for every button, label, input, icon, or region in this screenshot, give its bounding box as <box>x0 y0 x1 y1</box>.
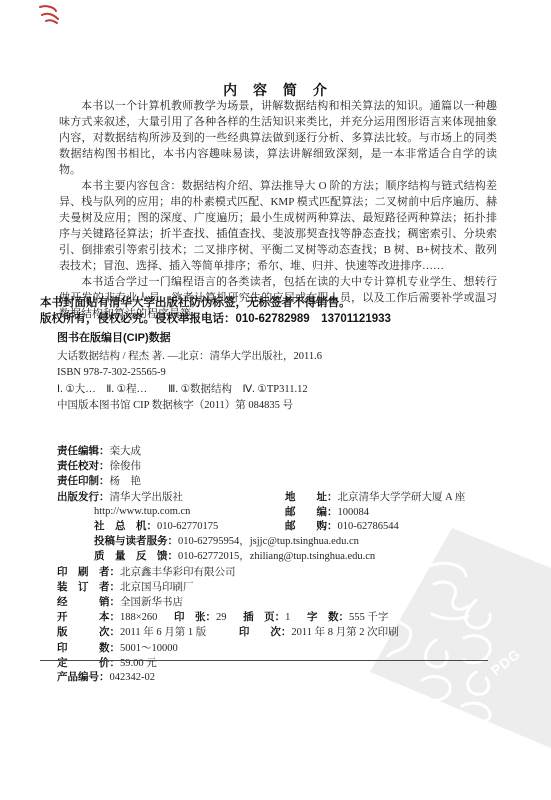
field-value: 010-62772015，zhiliang@tup.tsinghua.edu.c… <box>178 551 375 562</box>
reader-service-row: 投稿与读者服务：010-62795954，jsjjc@tup.tsinghua.… <box>57 534 497 549</box>
field-label: 经 销： <box>57 596 120 608</box>
field-value: 2011 年 6 月第 1 版 <box>120 627 206 638</box>
proofreader-row: 责任校对：徐俊伟 <box>57 459 497 474</box>
quality-feedback-row: 质 量 反 馈：010-62772015，zhiliang@tup.tsingh… <box>57 549 497 564</box>
field-value: 010-62786544 <box>338 521 399 532</box>
footer-divider <box>40 660 488 661</box>
field-value: 010-62770175 <box>157 521 218 532</box>
field-value: 全国新华书店 <box>120 597 183 608</box>
field-label: 印 数： <box>57 642 120 654</box>
cip-block: 图书在版编目(CIP)数据 大话数据结构 / 程杰 著. —北京：清华大学出版社… <box>57 330 497 415</box>
colophon: 责任编辑：栾大成 责任校对：徐俊伟 责任印制：杨 艳 出版发行：清华大学出版社 … <box>57 444 497 671</box>
print-supervisor-row: 责任印制：杨 艳 <box>57 474 497 489</box>
red-stamp-mark-icon <box>36 3 62 25</box>
field-label: 印 刷 者： <box>57 566 120 578</box>
field-label: 字 数： <box>307 611 349 623</box>
publisher-row: 出版发行：清华大学出版社 地 址：北京清华大学学研大厦 A 座 <box>57 490 497 505</box>
field-value: 29 <box>216 612 227 623</box>
field-value: 清华大学出版社 <box>110 492 184 503</box>
mail-order-field: 邮 购：010-62786544 <box>285 519 399 534</box>
field-label: 责任编辑： <box>57 445 110 457</box>
binder-row: 装 订 者：北京国马印刷厂 <box>57 580 497 595</box>
switchboard-row: 社 总 机：010-62770175 邮 购：010-62786544 <box>57 519 497 534</box>
intro-paragraph: 本书主要内容包含：数据结构介绍、算法推导大 O 阶的方法；顺序结构与链式结构差异… <box>59 178 497 274</box>
field-label: 装 订 者： <box>57 581 120 593</box>
field-label: 开 本： <box>57 611 120 623</box>
field-value: 100084 <box>338 507 370 518</box>
field-value: 栾大成 <box>110 446 142 457</box>
field-label: 邮 购： <box>285 520 338 532</box>
intro-paragraph: 本书以一个计算机教师教学为场景，讲解数据结构和相关算法的知识。通篇以一种趣味方式… <box>59 98 497 178</box>
isbn-line: ISBN 978-7-302-25565-9 <box>57 365 497 382</box>
field-value: 北京鑫丰华彩印有限公司 <box>120 567 236 578</box>
field-label: 版 次： <box>57 626 120 638</box>
printer-row: 印 刷 者：北京鑫丰华彩印有限公司 <box>57 565 497 580</box>
field-value: 1 <box>285 612 290 623</box>
content-intro-body: 本书以一个计算机教师教学为场景，讲解数据结构和相关算法的知识。通篇以一种趣味方式… <box>59 98 497 322</box>
distributor-row: 经 销：全国新华书店 <box>57 595 497 610</box>
edition-row: 版 次：2011 年 6 月第 1 版 印 次：2011 年 8 月第 2 次印… <box>57 625 497 640</box>
editor-row: 责任编辑：栾大成 <box>57 444 497 459</box>
field-value: 010-62795954，jsjjc@tup.tsinghua.edu.cn <box>178 536 359 547</box>
field-value: 042342-02 <box>110 672 156 683</box>
publisher-url: http://www.tup.com.cn <box>94 506 190 517</box>
field-label: 地 址： <box>285 491 338 503</box>
field-label: 责任校对： <box>57 460 110 472</box>
book-copyright-page: PDG 内 容 简 介 本书以一个计算机教师教学为场景，讲解数据结构和相关算法的… <box>0 0 551 800</box>
field-label: 插 页： <box>243 611 285 623</box>
field-value: 北京国马印刷厂 <box>120 582 194 593</box>
cip-classification-line: Ⅰ. ①大… Ⅱ. ①程… Ⅲ. ①数据结构 Ⅳ. ①TP311.12 <box>57 382 497 399</box>
field-value: 北京清华大学学研大厦 A 座 <box>338 492 466 503</box>
field-value: 杨 艳 <box>110 476 142 487</box>
cip-heading: 图书在版编目(CIP)数据 <box>57 330 497 347</box>
field-label: 社 总 机： <box>94 520 157 532</box>
field-label: 定 价： <box>57 657 120 669</box>
field-label: 印 张： <box>174 611 216 623</box>
field-value: 2011 年 8 月第 2 次印刷 <box>291 627 398 638</box>
cip-title-line: 大话数据结构 / 程杰 著. —北京：清华大学出版社，2011.6 <box>57 349 497 366</box>
field-label: 出版发行： <box>57 491 110 503</box>
field-label: 质 量 反 馈： <box>94 550 178 562</box>
field-label: 邮 编： <box>285 506 338 518</box>
product-number: 产品编号：042342-02 <box>57 669 155 684</box>
field-label: 印 次： <box>239 626 292 638</box>
piracy-hotline-notice: 版权所有，侵权必究。侵权举报电话：010-62782989 1370112193… <box>40 311 512 327</box>
cip-record-number-line: 中国版本图书馆 CIP 数据核字（2011）第 084835 号 <box>57 398 497 415</box>
field-label: 产品编号： <box>57 671 110 683</box>
print-run-row: 印 数：5001～10000 <box>57 641 497 656</box>
copyright-notices: 本书封面贴有清华大学出版社防伪标签，无标签者不得销售。 版权所有，侵权必究。侵权… <box>40 295 512 327</box>
field-value: 555 千字 <box>349 612 388 623</box>
format-row: 开 本：188×260 印 张：29 插 页：1 字 数：555 千字 <box>57 610 497 625</box>
postcode-field: 邮 编：100084 <box>285 505 369 520</box>
anti-counterfeit-notice: 本书封面贴有清华大学出版社防伪标签，无标签者不得销售。 <box>40 295 512 311</box>
field-value: 徐俊伟 <box>110 461 142 472</box>
publisher-url-row: http://www.tup.com.cn 邮 编：100084 <box>57 505 497 519</box>
field-value: 188×260 <box>120 612 157 623</box>
content-intro-heading: 内 容 简 介 <box>59 80 497 100</box>
field-label: 责任印制： <box>57 475 110 487</box>
field-value: 5001～10000 <box>120 643 178 654</box>
address-field: 地 址：北京清华大学学研大厦 A 座 <box>285 490 465 505</box>
field-label: 投稿与读者服务： <box>94 535 178 547</box>
seal-calligraphy-icon <box>456 668 498 726</box>
